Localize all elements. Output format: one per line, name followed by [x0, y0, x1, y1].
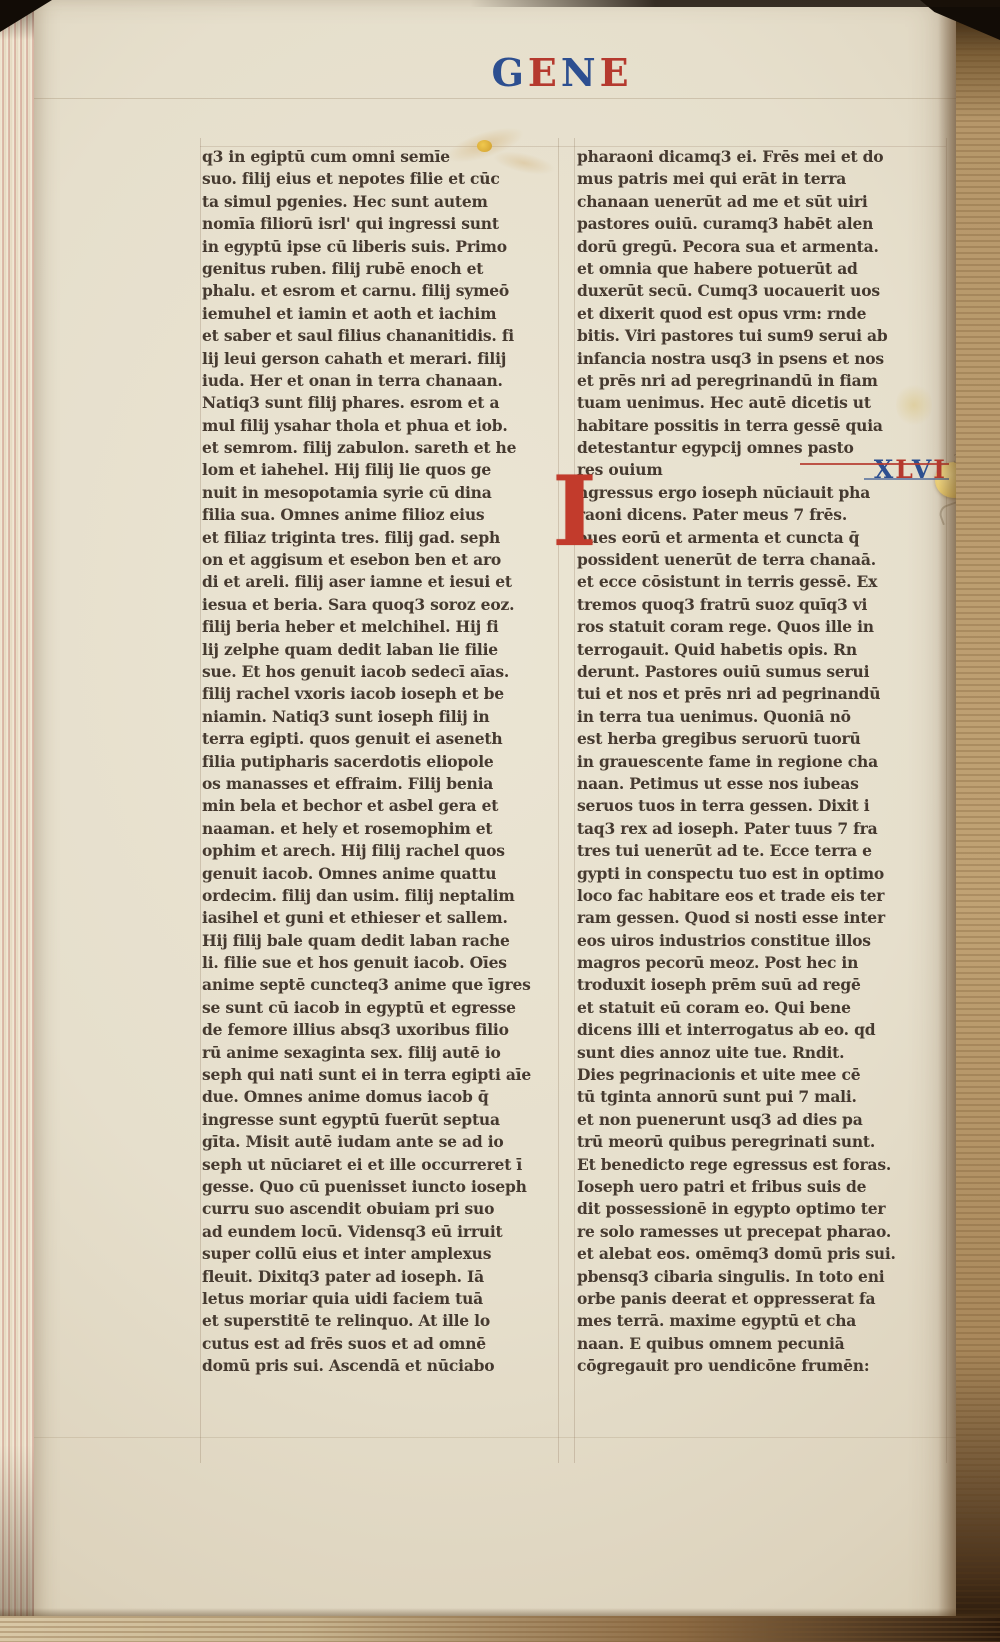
text-line: on et aggisum et esebon ben et aro [202, 549, 560, 571]
colored-letter: N [561, 50, 600, 95]
text-line: Hij filij bale quam dedit laban rache [202, 930, 560, 952]
text-line: seph ut nūciaret ei et ille occurreret ī [202, 1154, 560, 1176]
text-line: re solo ramesses ut precepat pharao. [577, 1221, 949, 1243]
text-line: tui et nos et prēs nri ad pegrinandū [577, 683, 949, 705]
text-line: mul filij ysahar thola et phua et iob. [202, 415, 560, 437]
text-line: trū meorū quibus peregrinati sunt. [577, 1131, 949, 1153]
text-line: naaman. et hely et rosemophim et [202, 818, 560, 840]
text-line: et superstitē te relinquo. At ille lo [202, 1310, 560, 1332]
parchment-page: GENE q3 in egiptū cum omni semīesuo. fil… [34, 0, 958, 1642]
text-line: chanaan uenerūt ad me et sūt uiri [577, 191, 949, 213]
text-line: seph qui nati sunt ei in terra egipti aī… [202, 1064, 560, 1086]
text-line: iemuhel et iamin et aoth et iachim [202, 303, 560, 325]
text-line: tres tui uenerūt ad te. Ecce terra e [577, 840, 949, 862]
text-line: habitare possitis in terra gessē quia [577, 415, 949, 437]
text-line: et filiaz triginta tres. filij gad. seph [202, 527, 560, 549]
text-line: lij zelphe quam dedit laban lie filie [202, 639, 560, 661]
text-line: possident uenerūt de terra chanaā. [577, 549, 949, 571]
text-line: ros statuit coram rege. Quos ille in [577, 616, 949, 638]
text-line: in egyptū ipse cū liberis suis. Primo [202, 236, 560, 258]
text-line: loco fac habitare eos et trade eis ter [577, 885, 949, 907]
text-line: Ioseph uero patri et fribus suis de [577, 1176, 949, 1198]
text-line: troduxit ioseph prēm suū ad regē [577, 974, 949, 996]
text-line: Natiq3 sunt filij phares. esrom et a [202, 392, 560, 414]
text-line: filia putipharis sacerdotis eliopole [202, 751, 560, 773]
text-line: ad eundem locū. Vidensq3 eū irruit [202, 1221, 560, 1243]
text-line: di et areli. filij aser iamne et iesui e… [202, 571, 560, 593]
text-line: pastores ouiū. curamq3 habēt alen [577, 213, 949, 235]
text-line: ordecim. filij dan usim. filij neptalim [202, 885, 560, 907]
right-column-after-chapter: ngressus ergo ioseph nūciauit pharaoni d… [577, 482, 949, 1378]
text-line: super collū eius et inter amplexus [202, 1243, 560, 1265]
text-line: pharaoni dicamq3 ei. Frēs mei et do [577, 146, 949, 168]
colored-letter: V [912, 455, 933, 484]
text-line: iasihel et guni et ethieser et sallem. [202, 907, 560, 929]
text-line: cutus est ad frēs suos et ad omnē [202, 1333, 560, 1355]
text-line: gīta. Misit autē iudam ante se ad io [202, 1131, 560, 1153]
running-title-genesis: GENE [452, 50, 672, 95]
text-line: suo. filij eius et nepotes filie et cūc [202, 168, 560, 190]
text-line: et omnia que habere potuerūt ad [577, 258, 949, 280]
parchment-crease [34, 98, 958, 99]
text-line: ram gessen. Quod si nosti esse inter [577, 907, 949, 929]
text-line: filij rachel vxoris iacob ioseph et be [202, 683, 560, 705]
text-line: derunt. Pastores ouiū sumus serui [577, 661, 949, 683]
text-line: et non puenerunt usq3 ad dies pa [577, 1109, 949, 1131]
text-line: infancia nostra usq3 in psens et nos [577, 348, 949, 370]
text-line: et semrom. filij zabulon. sareth et he [202, 437, 560, 459]
text-line: letus moriar quia uidi faciem tuā [202, 1288, 560, 1310]
text-line: et alebat eos. omēmq3 domū pris sui. [577, 1243, 949, 1265]
colored-letter: G [491, 50, 527, 95]
text-line: oues eorū et armenta et cuncta q̄ [577, 527, 949, 549]
text-line: eos uiros industrios constitue illos [577, 930, 949, 952]
text-line: phalu. et esrom et carnu. filij symeō [202, 280, 560, 302]
text-line: et ecce cōsistunt in terris gessē. Ex [577, 571, 949, 593]
text-line: bitis. Viri pastores tui sum9 serui ab [577, 325, 949, 347]
book-fore-edge-right [956, 0, 1000, 1642]
right-column-before-chapter: pharaoni dicamq3 ei. Frēs mei et domus p… [577, 146, 949, 459]
text-line: nomīa filiorū isrl' qui ingressi sunt [202, 213, 560, 235]
text-line: magros pecorū meoz. Post hec in [577, 952, 949, 974]
text-line: domū pris sui. Ascendā et nūciabo [202, 1355, 560, 1377]
text-line: in grauescente fame in regione cha [577, 751, 949, 773]
text-line: et statuit eū coram eo. Qui bene [577, 997, 949, 1019]
text-line: filij beria heber et melchihel. Hij fi [202, 616, 560, 638]
text-line: genitus ruben. filij rubē enoch et [202, 258, 560, 280]
text-line: pbensq3 cibaria singulis. In toto eni [577, 1266, 949, 1288]
text-line: ta simul pgenies. Hec sunt autem [202, 191, 560, 213]
text-line: taq3 rex ad ioseph. Pater tuus 7 fra [577, 818, 949, 840]
chapter-number: XLVI [874, 459, 947, 482]
text-line: anime septē cuncteq3 anime que īgres [202, 974, 560, 996]
text-line: gesse. Quo cū puenisset iuncto ioseph [202, 1176, 560, 1198]
text-line: dicens illi et interrogatus ab eo. qd [577, 1019, 949, 1041]
text-line: min bela et bechor et asbel gera et [202, 795, 560, 817]
text-line: duxerūt secū. Cumq3 uocauerit uos [577, 280, 949, 302]
text-line: Et benedicto rege egressus est foras. [577, 1154, 949, 1176]
text-line: et prēs nri ad peregrinandū in fiam [577, 370, 949, 392]
text-line: Dies pegrinacionis et uite mee cē [577, 1064, 949, 1086]
parchment-crease [34, 1437, 958, 1438]
text-line: li. filie sue et hos genuit iacob. Oīes [202, 952, 560, 974]
text-line: seruos tuos in terra gessen. Dixit i [577, 795, 949, 817]
text-line: fleuit. Dixitq3 pater ad ioseph. Iā [202, 1266, 560, 1288]
text-line: mus patris mei qui erāt in terra [577, 168, 949, 190]
left-text-column: q3 in egiptū cum omni semīesuo. filij ei… [202, 146, 560, 1377]
colored-letter: E [528, 50, 561, 95]
text-line: in terra tua uenimus. Quoniā nō [577, 706, 949, 728]
text-line: ingresse sunt egyptū fuerūt septua [202, 1109, 560, 1131]
text-line: niamin. Natiq3 sunt ioseph filij in [202, 706, 560, 728]
text-line: tuam uenimus. Hec autē dicetis ut [577, 392, 949, 414]
text-line: est herba gregibus seruorū tuorū [577, 728, 949, 750]
text-line: iuda. Her et onan in terra chanaan. [202, 370, 560, 392]
text-line: terrogauit. Quid habetis opis. Rn [577, 639, 949, 661]
text-line: et dixerit quod est opus vrm: rnde [577, 303, 949, 325]
text-line: naan. E quibus omnem pecuniā [577, 1333, 949, 1355]
text-line: due. Omnes anime domus iacob q̄ [202, 1086, 560, 1108]
text-line: iesua et beria. Sara quoq3 soroz eoz. [202, 594, 560, 616]
chapter-heading-row: res ouium XLVI [577, 459, 949, 481]
text-line: de femore illius absq3 uxoribus filio [202, 1019, 560, 1041]
colored-letter: L [895, 455, 912, 484]
chapter-initial-letter: I [552, 468, 597, 556]
dark-top-edge [470, 0, 1000, 7]
text-line: lij leui gerson cahath et merari. filij [202, 348, 560, 370]
colored-letter: E [600, 50, 633, 95]
text-line: ngressus ergo ioseph nūciauit pha [577, 482, 949, 504]
text-line: sunt dies annoz uite tue. Rndit. [577, 1042, 949, 1064]
text-line: raoni dicens. Pater meus 7 frēs. [577, 504, 949, 526]
text-line: genuit iacob. Omnes anime quattu [202, 863, 560, 885]
text-line: gypti in conspectu tuo est in optimo [577, 863, 949, 885]
text-line: mes terrā. maxime egyptū et cha [577, 1310, 949, 1332]
text-line: q3 in egiptū cum omni semīe [202, 146, 560, 168]
text-line: tremos quoq3 fratrū suoz quīq3 vi [577, 594, 949, 616]
text-line: dit possessionē in egypto optimo ter [577, 1198, 949, 1220]
text-line: ophim et arech. Hij filij rachel quos [202, 840, 560, 862]
text-line: os manasses et effraim. Filij benia [202, 773, 560, 795]
text-line: terra egipti. quos genuit ei aseneth [202, 728, 560, 750]
text-line: dorū gregū. Pecora sua et armenta. [577, 236, 949, 258]
text-line: curru suo ascendit obuiam pri suo [202, 1198, 560, 1220]
text-line: nuit in mesopotamia syrie cū dina [202, 482, 560, 504]
text-line: filia sua. Omnes anime filioz eius [202, 504, 560, 526]
text-line: tū tginta annorū sunt pui 7 mali. [577, 1086, 949, 1108]
text-line: rū anime sexaginta sex. filij autē io [202, 1042, 560, 1064]
text-line: cōgregauit pro uendicōne frumēn: [577, 1355, 949, 1377]
text-line: sue. Et hos genuit iacob sedecī aīas. [202, 661, 560, 683]
ruling-line [574, 138, 575, 1463]
ruling-line [200, 138, 201, 1463]
text-line: se sunt cū iacob in egyptū et egresse [202, 997, 560, 1019]
text-line: et saber et saul filius chananitidis. fi [202, 325, 560, 347]
colored-letter: X [874, 455, 895, 484]
text-line: lom et iahehel. Hij filij lie quos ge [202, 459, 560, 481]
right-text-column: pharaoni dicamq3 ei. Frēs mei et domus p… [577, 146, 949, 1377]
manuscript-photo: GENE q3 in egiptū cum omni semīesuo. fil… [0, 0, 1000, 1642]
book-bottom-edge [0, 1616, 1000, 1642]
book-leaf-edges-left [0, 0, 34, 1642]
text-line: naan. Petimus ut esse nos iubeas [577, 773, 949, 795]
text-line: orbe panis deerat et oppresserat fa [577, 1288, 949, 1310]
